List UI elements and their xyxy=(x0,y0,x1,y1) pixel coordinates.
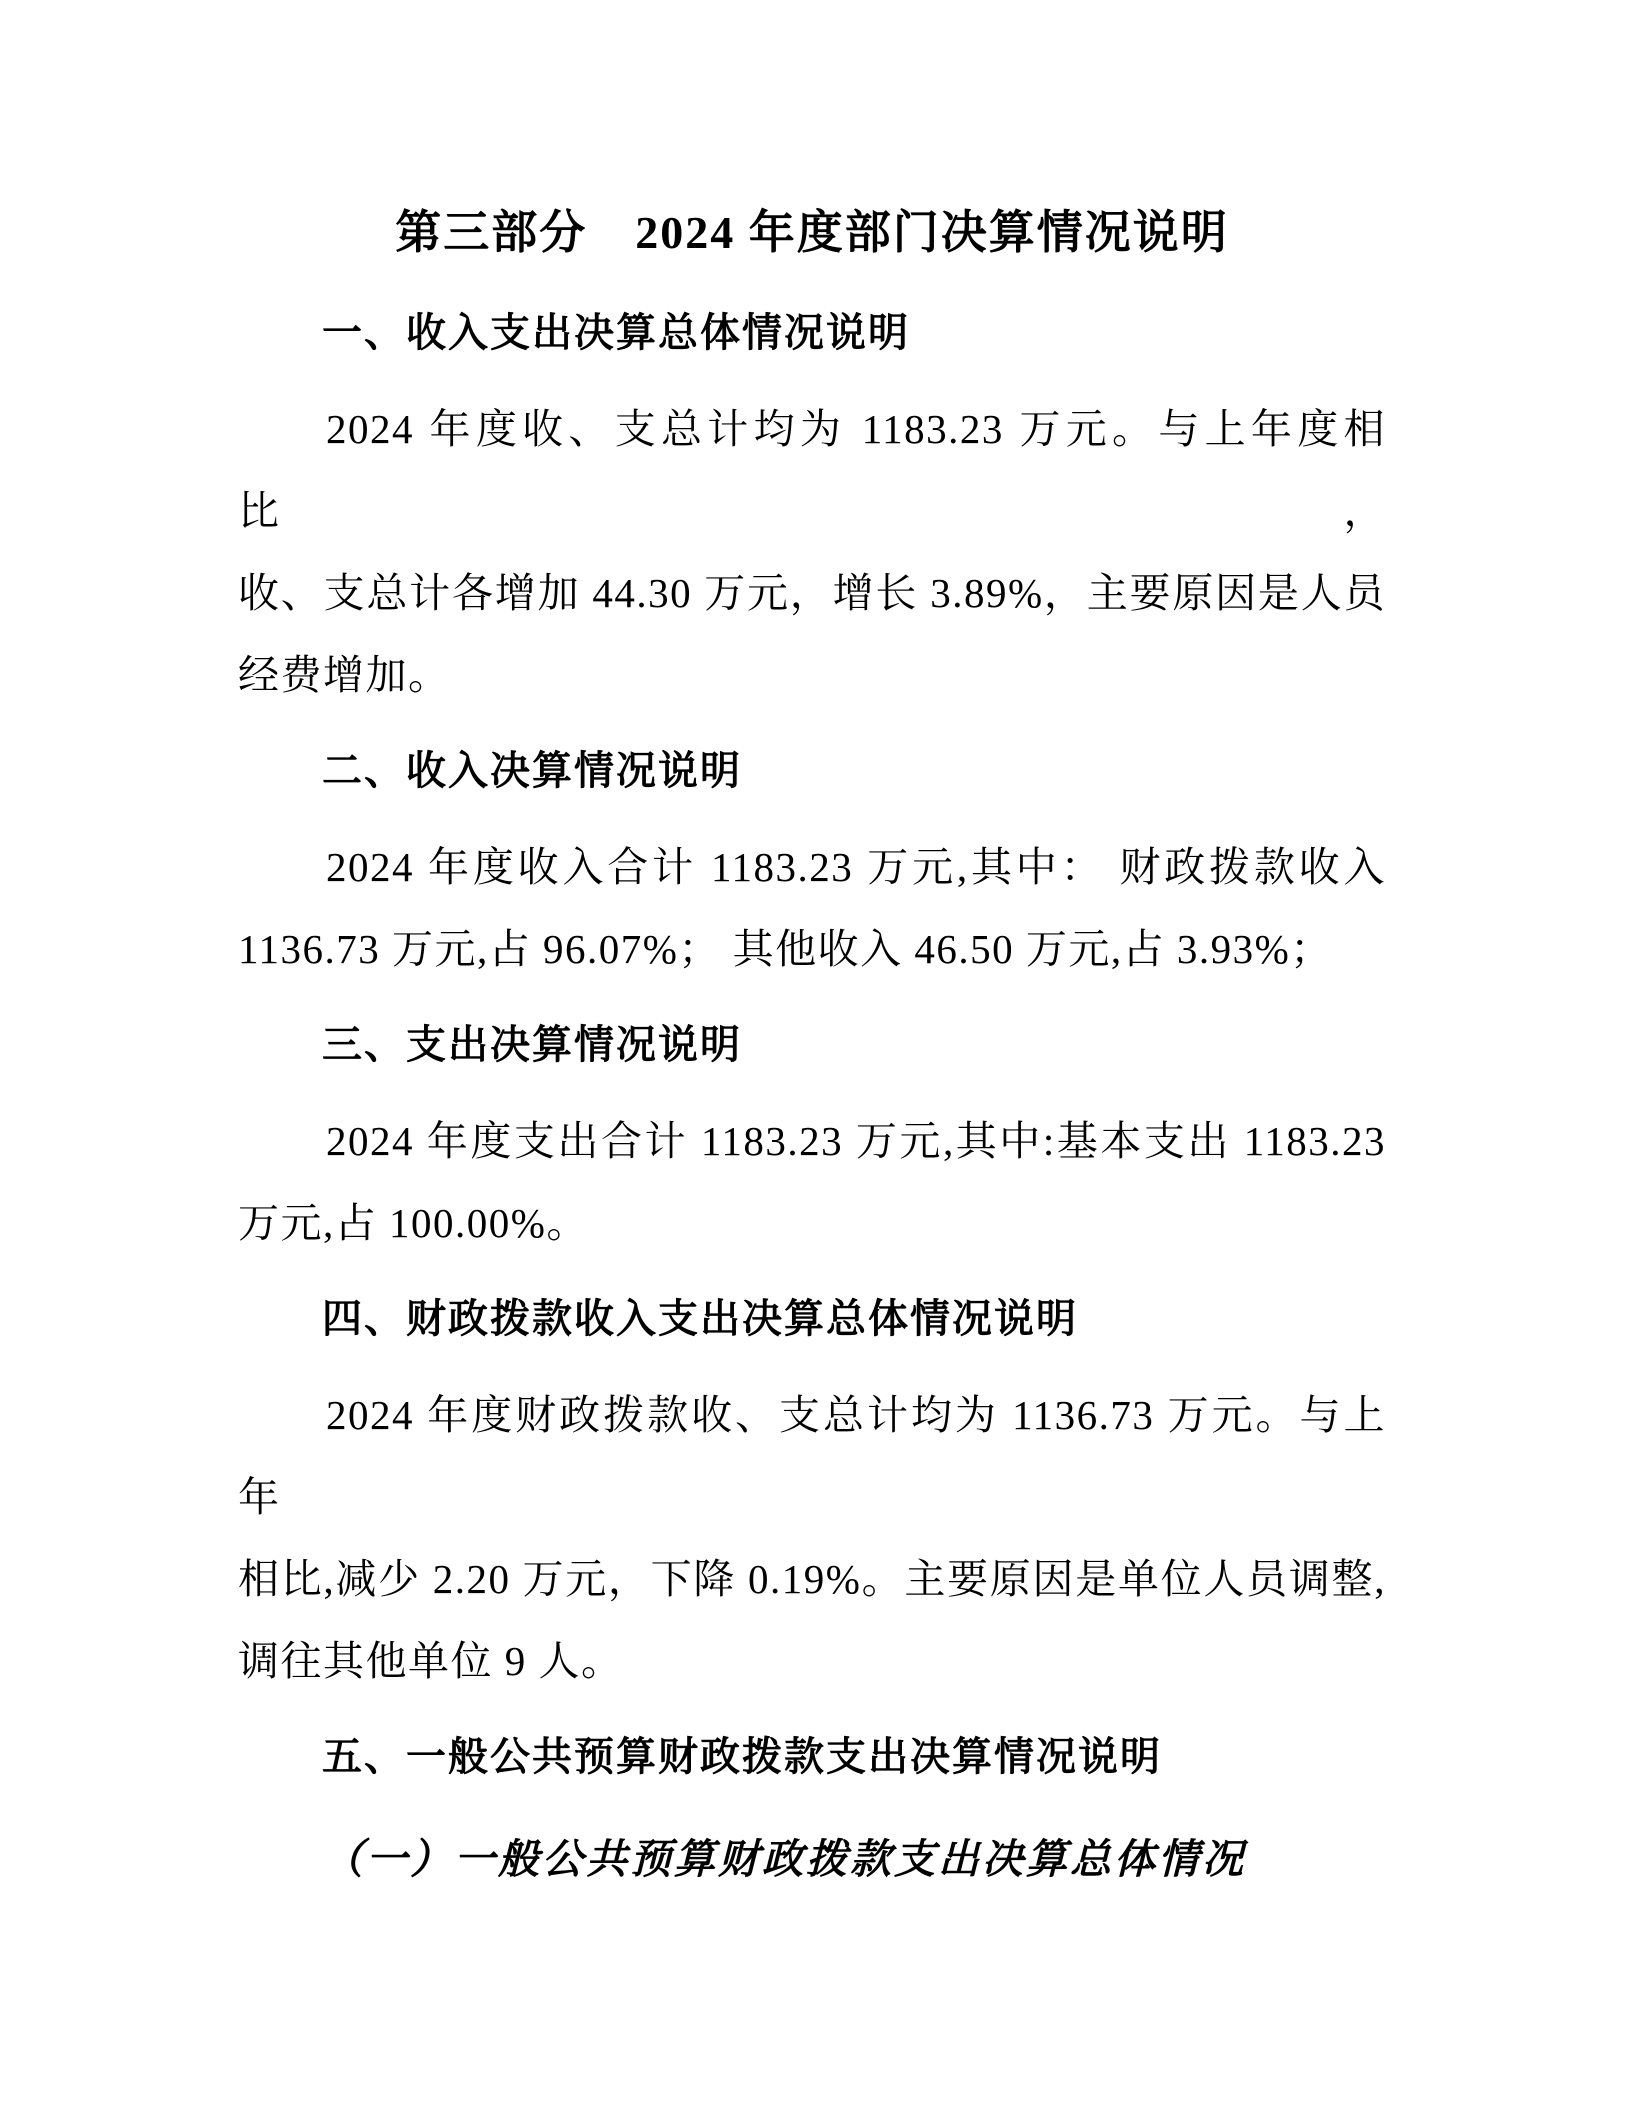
section-heading-4: 四、财政拨款收入支出决算总体情况说明 xyxy=(238,1278,1386,1360)
section-heading-3: 三、支出决算情况说明 xyxy=(238,1004,1386,1086)
document-title: 第三部分 2024 年度部门决算情况说明 xyxy=(238,188,1386,278)
paragraph-line: 相比,减少 2.20 万元，下降 0.19%。主要原因是单位人员调整, xyxy=(238,1538,1386,1620)
paragraph-line: 2024 年度收、支总计均为 1183.23 万元。与上年度相比， xyxy=(238,388,1386,552)
paragraph-line: 1136.73 万元,占 96.07%； 其他收入 46.50 万元,占 3.9… xyxy=(238,908,1386,990)
paragraph-3: 2024 年度支出合计 1183.23 万元,其中:基本支出 1183.23 万… xyxy=(238,1100,1386,1264)
section-heading-1: 一、收入支出决算总体情况说明 xyxy=(238,292,1386,374)
document-content: 第三部分 2024 年度部门决算情况说明 一、收入支出决算总体情况说明 2024… xyxy=(238,0,1386,1900)
paragraph-line: 经费增加。 xyxy=(238,634,1386,716)
paragraph-line: 万元,占 100.00%。 xyxy=(238,1182,1386,1264)
paragraph-2: 2024 年度收入合计 1183.23 万元,其中： 财政拨款收入 1136.7… xyxy=(238,826,1386,990)
sub-heading-1: （一）一般公共预算财政拨款支出决算总体情况 xyxy=(238,1818,1386,1900)
section-heading-5: 五、一般公共预算财政拨款支出决算情况说明 xyxy=(238,1716,1386,1798)
paragraph-line: 调往其他单位 9 人。 xyxy=(238,1620,1386,1702)
paragraph-4: 2024 年度财政拨款收、支总计均为 1136.73 万元。与上年 相比,减少 … xyxy=(238,1374,1386,1702)
paragraph-line: 收、支总计各增加 44.30 万元，增长 3.89%，主要原因是人员 xyxy=(238,552,1386,634)
document-page: 第三部分 2024 年度部门决算情况说明 一、收入支出决算总体情况说明 2024… xyxy=(0,0,1632,2112)
paragraph-line: 2024 年度财政拨款收、支总计均为 1136.73 万元。与上年 xyxy=(238,1374,1386,1538)
section-heading-2: 二、收入决算情况说明 xyxy=(238,730,1386,812)
paragraph-line: 2024 年度收入合计 1183.23 万元,其中： 财政拨款收入 xyxy=(238,826,1386,908)
paragraph-1: 2024 年度收、支总计均为 1183.23 万元。与上年度相比， 收、支总计各… xyxy=(238,388,1386,716)
paragraph-line: 2024 年度支出合计 1183.23 万元,其中:基本支出 1183.23 xyxy=(238,1100,1386,1182)
